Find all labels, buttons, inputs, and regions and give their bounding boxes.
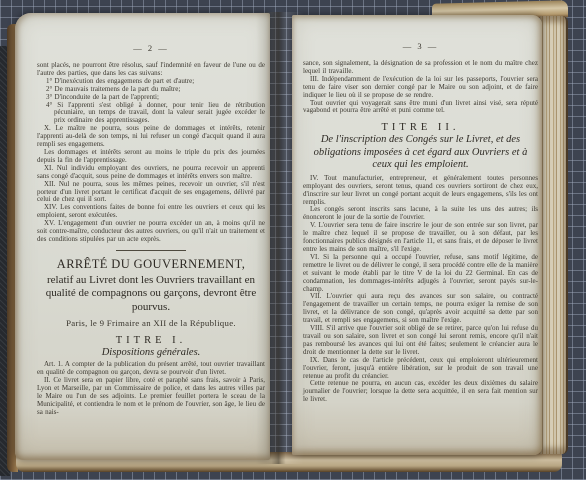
titre-2-subtitle: De l'inscription des Congés sur le Livre… bbox=[305, 134, 536, 172]
paragraph: XII. Nul ne pourra, sous les mêmes peine… bbox=[37, 181, 265, 205]
paragraph: sont placés, ne pourront être résolus, s… bbox=[37, 62, 265, 78]
titre-1-heading: TITRE I. bbox=[37, 335, 265, 346]
decree-subtitle: relatif au Livret dont les Ouvriers trav… bbox=[37, 274, 265, 315]
paragraph: Cette retenue ne pourra, en aucun cas, e… bbox=[303, 380, 538, 404]
paragraph: V. L'ouvrier sera tenu de faire inscrire… bbox=[303, 222, 538, 254]
titre-1-subtitle: Dispositions générales. bbox=[37, 347, 265, 358]
paragraph: III. Indépendamment de l'exécution de la… bbox=[303, 76, 538, 100]
paragraph: II. Ce livret sera en papier libre, coté… bbox=[37, 377, 265, 417]
fore-edge-page-stack bbox=[540, 16, 568, 454]
paragraph: X. Le maître ne pourra, sous peine de do… bbox=[37, 125, 265, 149]
paragraph: sance, son signalement, la désignation d… bbox=[303, 60, 538, 76]
paragraph: Tout ouvrier qui voyagerait sans être mu… bbox=[303, 100, 538, 116]
right-page: — 3 — sance, son signalement, la désigna… bbox=[292, 15, 542, 455]
paragraph: XI. Nul individu employant des ouvriers,… bbox=[37, 165, 265, 181]
right-body-top: sance, son signalement, la désignation d… bbox=[303, 60, 538, 115]
book-cover-edge bbox=[0, 46, 10, 476]
page-number-left: — 2 — bbox=[37, 13, 265, 53]
decree-dateline: Paris, le 9 Frimaire an XII de la Républ… bbox=[37, 318, 265, 328]
left-page-text-block: — 2 — sont placés, ne pourront être réso… bbox=[37, 13, 265, 417]
paragraph: Art. 1. A compter de la publication du p… bbox=[37, 361, 265, 377]
right-body-bottom: IV. Tout manufacturier, entrepreneur, et… bbox=[303, 175, 538, 404]
decree-title: ARRÊTÉ DU GOUVERNEMENT, bbox=[37, 257, 265, 272]
paragraph: Les congés seront inscrits sans lacune, … bbox=[303, 206, 538, 222]
list-item: 4° Si l'apprenti s'est obligé à donner, … bbox=[46, 102, 265, 126]
right-page-text-block: — 3 — sance, son signalement, la désigna… bbox=[303, 15, 538, 404]
paragraph: VIII. S'il arrive que l'ouvrier soit obl… bbox=[303, 325, 538, 357]
left-body-bottom: Art. 1. A compter de la publication du p… bbox=[37, 361, 265, 416]
paragraph: VII. L'ouvrier qui aura reçu des avances… bbox=[303, 293, 538, 325]
paragraph: IV. Tout manufacturier, entrepreneur, et… bbox=[303, 175, 538, 207]
paragraph: XV. L'engagement d'un ouvrier ne pourra … bbox=[37, 220, 265, 244]
paragraph: VI. Si la personne qui a occupé l'ouvrie… bbox=[303, 254, 538, 294]
paragraph: IX. Dans le cas de l'article précédent, … bbox=[303, 357, 538, 381]
book-scan-photo: { "colors": { "background_mat": "#3d4350… bbox=[0, 0, 586, 480]
page-number-right: — 3 — bbox=[303, 15, 538, 51]
paragraph: Les dommages et intérêts seront au moins… bbox=[37, 149, 265, 165]
section-divider-rule bbox=[116, 250, 186, 251]
titre-2-heading: TITRE II. bbox=[303, 122, 538, 133]
paragraph: XIV. Les conventions faites de bonne foi… bbox=[37, 204, 265, 220]
left-page: — 2 — sont placés, ne pourront être réso… bbox=[15, 13, 270, 460]
left-body-top: sont placés, ne pourront être résolus, s… bbox=[37, 62, 265, 244]
